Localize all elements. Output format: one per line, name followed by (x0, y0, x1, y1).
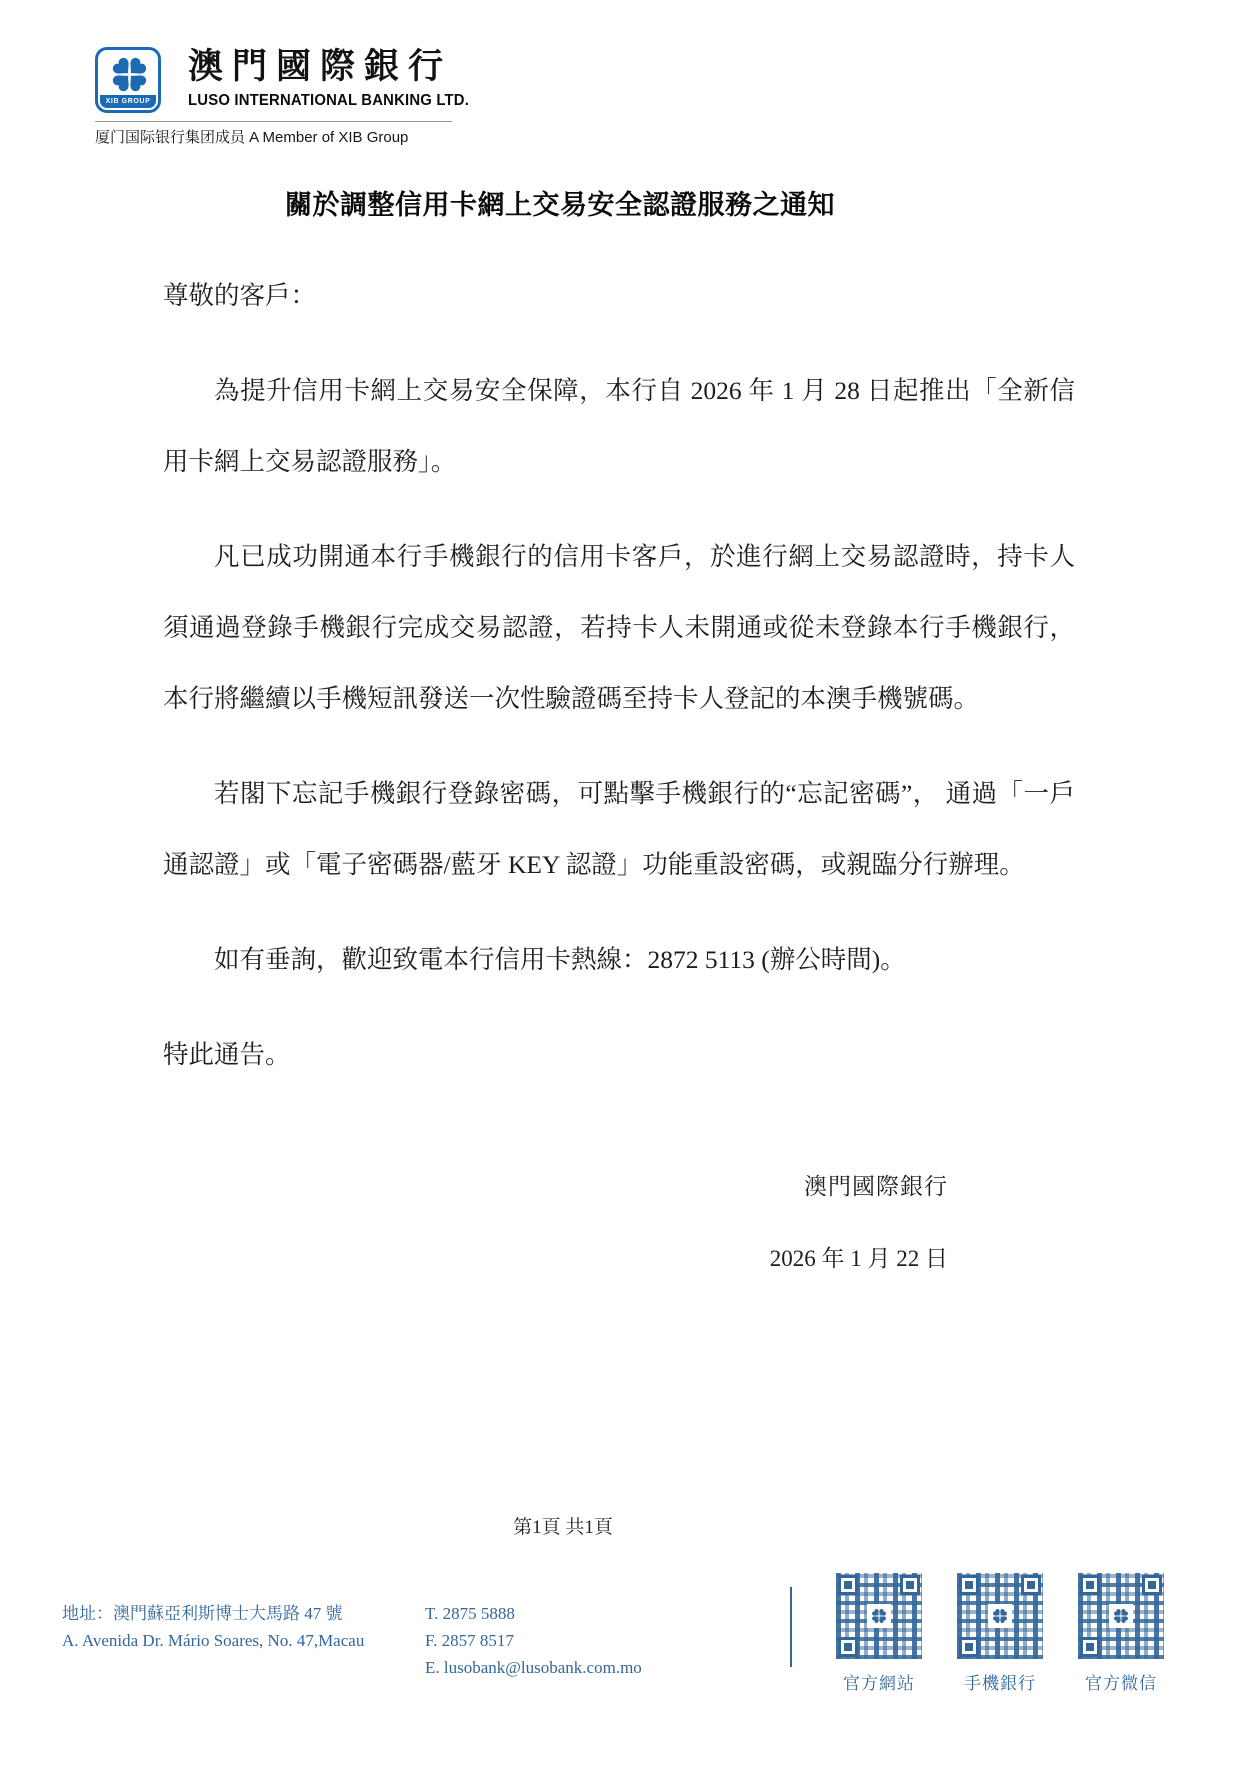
bank-name-en: LUSO INTERNATIONAL BANKING LTD. (188, 90, 469, 112)
paragraph-4: 如有垂詢，歡迎致電本行信用卡熱線：2872 5113 (辦公時間)。 (163, 924, 1075, 995)
letter-body: 尊敬的客戶： 為提升信用卡網上交易安全保障，本行自 2026 年 1 月 28 … (163, 260, 1075, 1114)
qr-item-mobile-banking: 手機銀行 (957, 1573, 1043, 1694)
qr-finder (1145, 1578, 1159, 1592)
letterhead-divider (95, 121, 452, 122)
xib-group-logo: XIB GROUP (95, 47, 161, 113)
qr-code-wechat (1078, 1573, 1164, 1659)
bank-names: 澳門國際銀行 LUSO INTERNATIONAL BANKING LTD. (188, 45, 490, 112)
footer-divider (790, 1587, 792, 1667)
qr-finder (841, 1578, 855, 1592)
clover-icon (1112, 1607, 1130, 1625)
member-line: 厦门国际银行集团成员 A Member of XIB Group (95, 126, 575, 147)
paragraph-1: 為提升信用卡網上交易安全保障，本行自 2026 年 1 月 28 日起推出「全新… (163, 355, 1075, 497)
qr-group: 官方網站 手機銀行 官方微信 (836, 1573, 1164, 1694)
clover-icon (991, 1607, 1009, 1625)
qr-center-logo (988, 1604, 1012, 1628)
phone-number: T. 2875 5888 (425, 1600, 642, 1627)
bank-name-zh: 澳門國際銀行 (188, 45, 490, 89)
qr-label-website: 官方網站 (836, 1669, 922, 1694)
qr-center-logo (867, 1604, 891, 1628)
closing: 特此通告。 (163, 1019, 1075, 1090)
qr-finder (903, 1578, 917, 1592)
qr-code-website (836, 1573, 922, 1659)
qr-finder (1024, 1578, 1038, 1592)
page-indicator: 第1頁 共1頁 (0, 1512, 1126, 1539)
clover-icon (870, 1607, 888, 1625)
qr-finder (841, 1640, 855, 1654)
paragraph-2: 凡已成功開通本行手機銀行的信用卡客戶，於進行網上交易認證時，持卡人須通過登錄手機… (163, 521, 1075, 734)
signature: 澳門國際銀行 (0, 1168, 948, 1201)
address-en: A. Avenida Dr. Mário Soares, No. 47,Maca… (62, 1627, 364, 1654)
document-date: 2026 年 1 月 22 日 (0, 1240, 948, 1273)
clover-icon (108, 53, 151, 96)
email-address: E. lusobank@lusobank.com.mo (425, 1654, 642, 1681)
fax-number: F. 2857 8517 (425, 1627, 642, 1654)
qr-label-wechat: 官方微信 (1078, 1669, 1164, 1694)
qr-label-mobile-banking: 手機銀行 (957, 1669, 1043, 1694)
qr-finder (962, 1578, 976, 1592)
qr-center-logo (1109, 1604, 1133, 1628)
qr-finder (962, 1640, 976, 1654)
qr-finder (1083, 1640, 1097, 1654)
address-block: 地址：澳門蘇亞利斯博士大馬路 47 號 A. Avenida Dr. Mário… (62, 1600, 364, 1654)
qr-code-mobile-banking (957, 1573, 1043, 1659)
logo-badge-text: XIB GROUP (100, 95, 156, 108)
paragraph-3: 若閣下忘記手機銀行登錄密碼，可點擊手機銀行的“忘記密碼”， 通過「一戶通認證」或… (163, 758, 1075, 900)
qr-item-website: 官方網站 (836, 1573, 922, 1694)
document-page: XIB GROUP 澳門國際銀行 LUSO INTERNATIONAL BANK… (0, 0, 1255, 1765)
document-title: 關於調整信用卡網上交易安全認證服務之通知 (0, 183, 1120, 222)
qr-finder (1083, 1578, 1097, 1592)
salutation: 尊敬的客戶： (163, 260, 1075, 331)
contact-block: T. 2875 5888 F. 2857 8517 E. lusobank@lu… (425, 1600, 642, 1681)
qr-item-wechat: 官方微信 (1078, 1573, 1164, 1694)
address-zh: 地址：澳門蘇亞利斯博士大馬路 47 號 (62, 1600, 364, 1627)
